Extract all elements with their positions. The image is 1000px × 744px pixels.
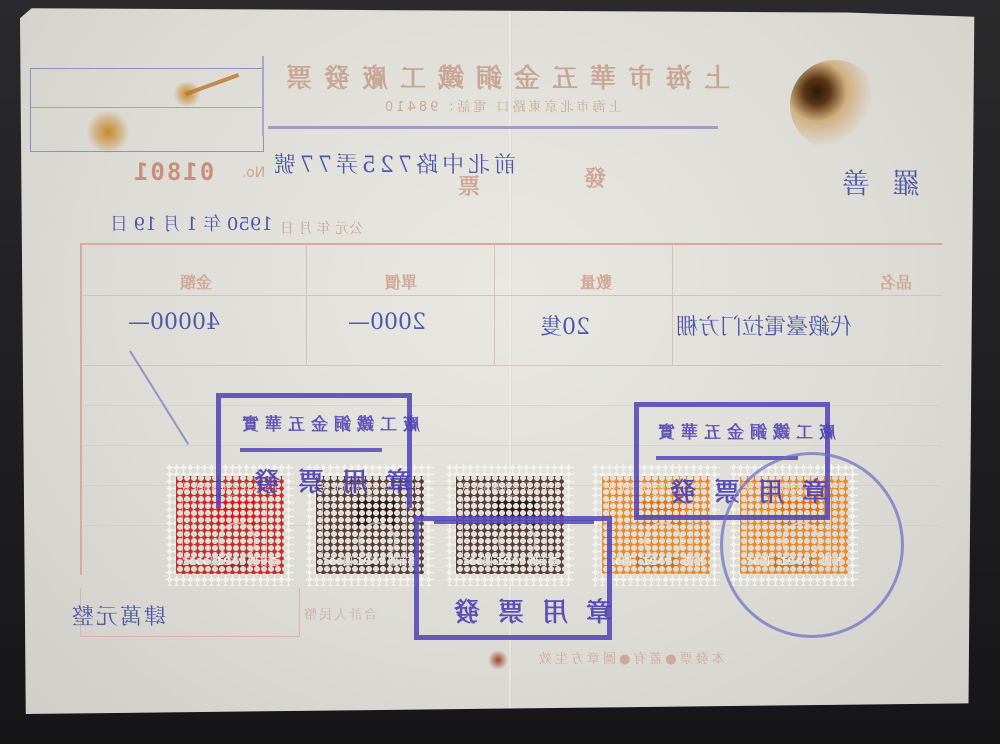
company-name: 上海市華五金銅鐵工廠發票 xyxy=(262,58,742,88)
invoice-title-char: 票 xyxy=(458,170,480,201)
invoice-title-char: 發 xyxy=(584,162,606,193)
total-label: 合計人民幣 xyxy=(302,604,377,623)
date-handwritten: 1950 年 1 月 19 日 xyxy=(110,210,273,236)
row-item: 代鍛臺電拉门方棚 xyxy=(676,310,852,341)
company-address: 上海市北京東路口 電話：98410 xyxy=(262,96,742,115)
column-header-unit-price: 單價 xyxy=(385,270,417,293)
serial-number: 01801 xyxy=(132,158,214,186)
serial-label: No. xyxy=(242,165,265,181)
column-header-item: 品名 xyxy=(880,270,912,293)
seal-text: 章用票發 xyxy=(236,462,412,499)
seal-line xyxy=(434,520,594,524)
row-quantity: 20隻 xyxy=(540,310,590,341)
row-amount: 40000— xyxy=(128,310,220,335)
signer-handwritten: 羅善 xyxy=(820,162,920,202)
seal-text: 章用票發 xyxy=(436,592,612,629)
footer-note: 本發票●蓋有●圖章方生效 xyxy=(380,648,880,667)
date-printed: 公元 年 月 日 xyxy=(280,218,363,238)
column-header-quantity: 數量 xyxy=(580,270,612,293)
column-header-amount: 金額 xyxy=(180,270,212,293)
seal-text: 廠工鐵銅金五華實 xyxy=(652,418,836,443)
header-underline xyxy=(268,126,718,129)
row-unit-price: 2000— xyxy=(348,310,426,335)
header-side-box xyxy=(30,68,264,152)
seal-line xyxy=(240,448,382,452)
total-handwritten: 肆萬元整 xyxy=(70,600,166,631)
round-seal xyxy=(720,452,904,638)
seal-text: 廠工鐵銅金五華實 xyxy=(236,410,420,435)
